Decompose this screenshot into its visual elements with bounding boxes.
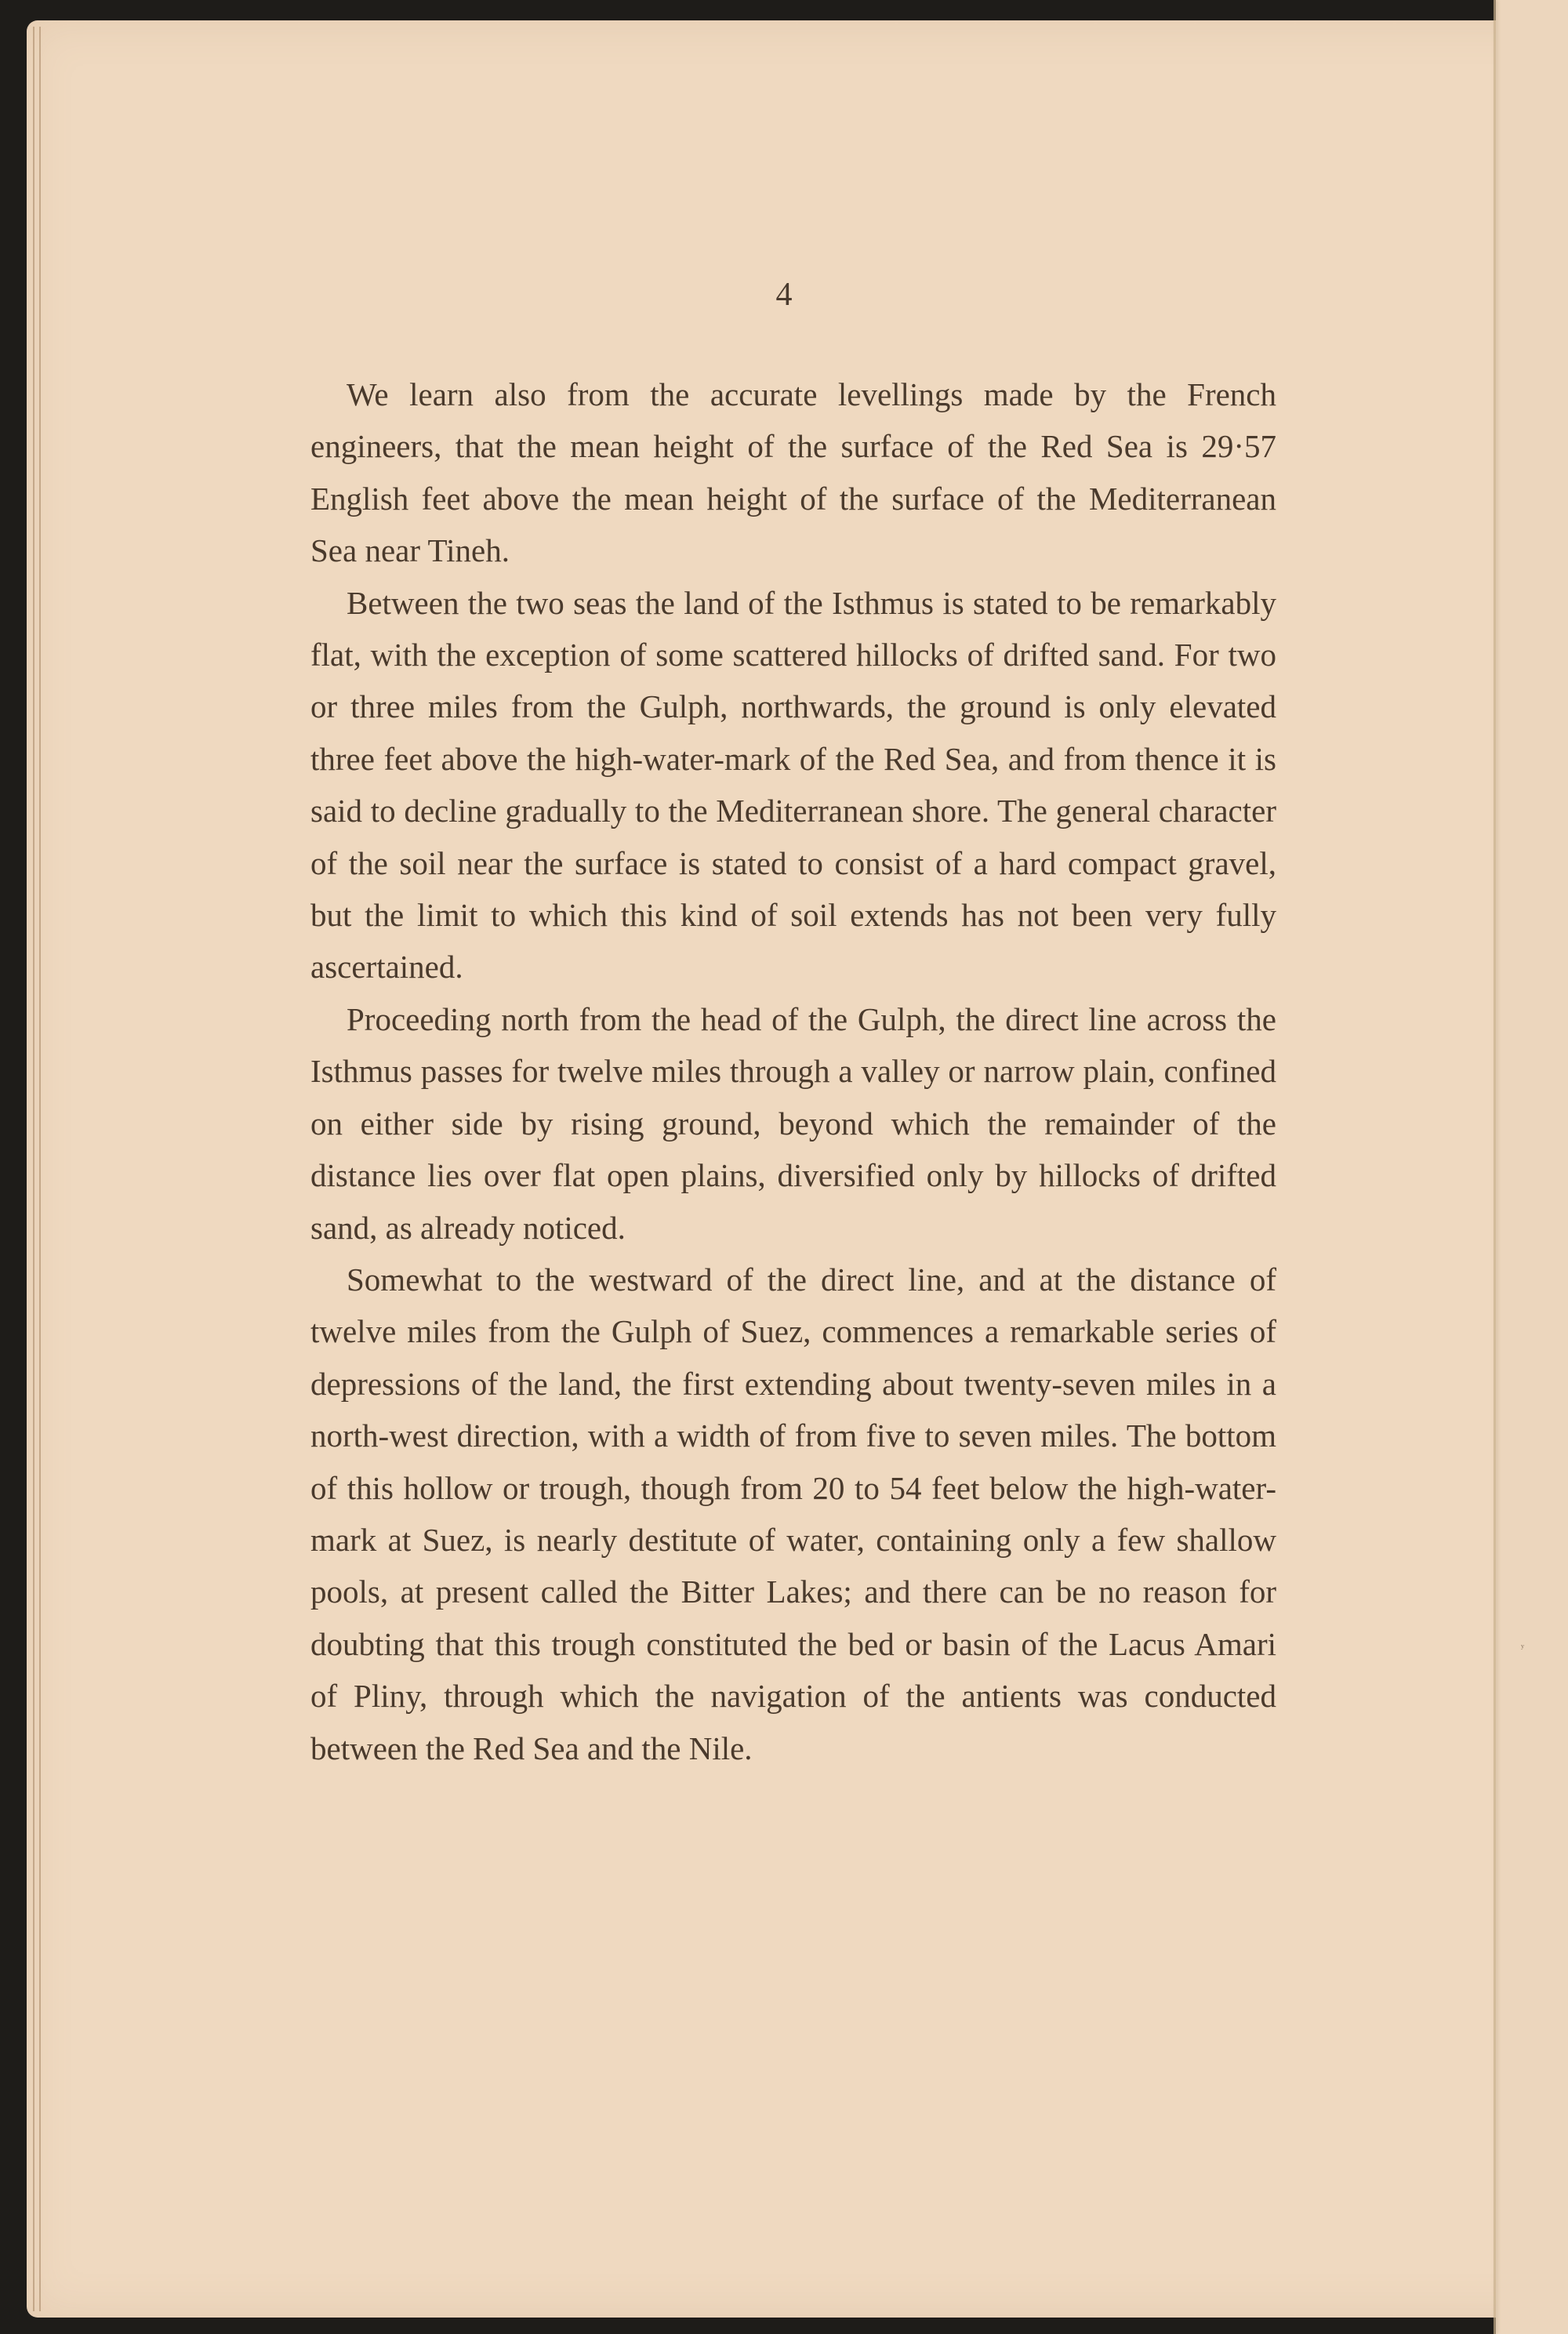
adjacent-page-edge <box>1496 0 1568 2334</box>
page-edge-line <box>39 27 41 2311</box>
paper-blemish-icon: ʸ <box>1521 1645 1527 1653</box>
page-gutter-fold <box>1494 0 1496 2334</box>
paragraph-levellings: We learn also from the accurate levellin… <box>310 368 1276 577</box>
body-text: We learn also from the accurate levellin… <box>310 368 1276 1774</box>
paragraph-direct-line: Proceeding north from the head of the Gu… <box>310 993 1276 1254</box>
paragraph-bitter-lakes: Somewhat to the westward of the direct l… <box>310 1254 1276 1774</box>
page-number: 4 <box>0 276 1568 314</box>
page-edge-line <box>33 27 34 2311</box>
paragraph-isthmus-land: Between the two seas the land of the Ist… <box>310 577 1276 993</box>
